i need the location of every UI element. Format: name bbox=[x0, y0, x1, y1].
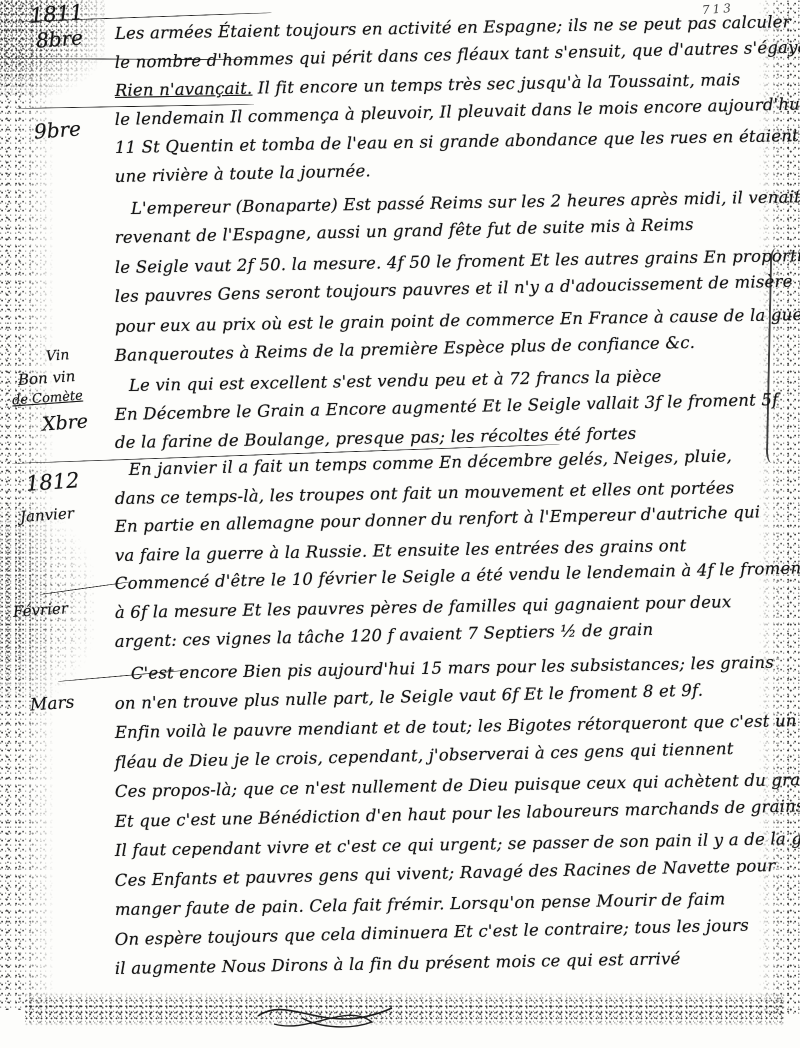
manuscript-line: Ces propos-là; que ce n'est nullement de… bbox=[115, 772, 800, 801]
flourish-paraph bbox=[250, 1000, 400, 1034]
manuscript-line: le lendemain Il commença à pleuvoir, Il … bbox=[115, 95, 800, 128]
manuscript-line: pour eux au prix où est le grain point d… bbox=[115, 306, 800, 335]
manuscript-line: Et que c'est une Bénédiction d'en haut p… bbox=[115, 798, 800, 830]
manuscript-line: En partie en allemagne pour donner du re… bbox=[115, 505, 761, 536]
margin-note-year-1811: 1811 bbox=[29, 0, 84, 28]
manuscript-line: Commencé d'être le 10 février le Seigle … bbox=[115, 561, 800, 593]
margin-note-month-janvier: Janvier bbox=[19, 504, 74, 526]
manuscript-line: argent: ces vignes la tâche 120 f avaien… bbox=[115, 621, 654, 650]
manuscript-line: il augmente Nous Dirons à la fin du prés… bbox=[115, 951, 681, 977]
manuscript-line: 11 St Quentin et tomba de l'eau en si gr… bbox=[115, 127, 800, 157]
margin-note-note-bon-vin: Bon vin bbox=[17, 367, 76, 389]
manuscript-line: dans ce temps-là, les troupes ont fait u… bbox=[115, 480, 735, 507]
margin-note-year-1812: 1812 bbox=[25, 468, 80, 496]
manuscript-line: En Décembre le Grain a Encore augmenté E… bbox=[115, 392, 779, 424]
manuscript-line: Les armées Étaient toujours en activité … bbox=[115, 14, 791, 42]
manuscript-line: le Seigle vaut 2f 50. la mesure. 4f 50 l… bbox=[115, 247, 800, 276]
manuscript-line: va faire la guerre à la Russie. Et ensui… bbox=[115, 538, 687, 564]
margin-note-note-vin: Vin bbox=[45, 347, 69, 365]
manuscript-page: 713 18118bre9breVinBon vinde ComèteXbre1… bbox=[0, 0, 800, 1048]
manuscript-line: de la farine de Boulange, presque pas; l… bbox=[115, 426, 637, 452]
manuscript-line: le nombre d'hommes qui périt dans ces fl… bbox=[115, 38, 800, 71]
manuscript-line: revenant de l'Espagne, aussi un grand fê… bbox=[115, 217, 694, 247]
underlined-phrase: Rien n'avançait. bbox=[115, 79, 253, 100]
manuscript-line: manger faute de pain. Cela fait frémir. … bbox=[115, 891, 726, 918]
margin-note-month-xbre: Xbre bbox=[41, 410, 88, 435]
manuscript-line: à 6f la mesure Et les pauvres pères de f… bbox=[115, 594, 732, 621]
manuscript-line: les pauvres Gens seront toujours pauvres… bbox=[115, 273, 800, 306]
margin-note-month-8bre: 8bre bbox=[35, 25, 83, 52]
manuscript-line: Banqueroutes à Reims de la première Espè… bbox=[115, 335, 696, 365]
manuscript-line: Rien n'avançait. Il fit encore un temps … bbox=[115, 72, 741, 99]
manuscript-line: Le vin qui est excellent s'est vendu peu… bbox=[129, 369, 662, 395]
margin-note-month-fevrier: Février bbox=[12, 599, 68, 621]
margin-note-month-9bre: 9bre bbox=[33, 116, 81, 143]
manuscript-line: En janvier il a fait un temps comme En d… bbox=[129, 448, 732, 478]
margin-note-month-mars: Mars bbox=[29, 692, 75, 715]
manuscript-line: Il faut cependant vivre et c'est ce qui … bbox=[115, 830, 800, 859]
manuscript-line: L'empereur (Bonaparte) Est passé Reims s… bbox=[131, 189, 800, 217]
manuscript-line: on n'en trouve plus nulle part, le Seigl… bbox=[115, 682, 704, 712]
margin-note-note-de-comete: de Comète bbox=[12, 389, 84, 409]
manuscript-line: une rivière à toute la journée. bbox=[115, 163, 371, 185]
manuscript-line: fléau de Dieu je le crois, cependant, j'… bbox=[115, 740, 734, 771]
manuscript-line: Ces Enfants et pauvres gens qui vivent; … bbox=[115, 858, 776, 889]
scan-noise-bottom-edge bbox=[25, 992, 785, 1026]
manuscript-line: On espère toujours que cela diminuera Et… bbox=[115, 917, 750, 948]
manuscript-line: C'est encore Bien pis aujourd'hui 15 mar… bbox=[131, 655, 774, 683]
manuscript-line: Enfin voilà le pauvre mendiant et de tou… bbox=[115, 713, 797, 741]
